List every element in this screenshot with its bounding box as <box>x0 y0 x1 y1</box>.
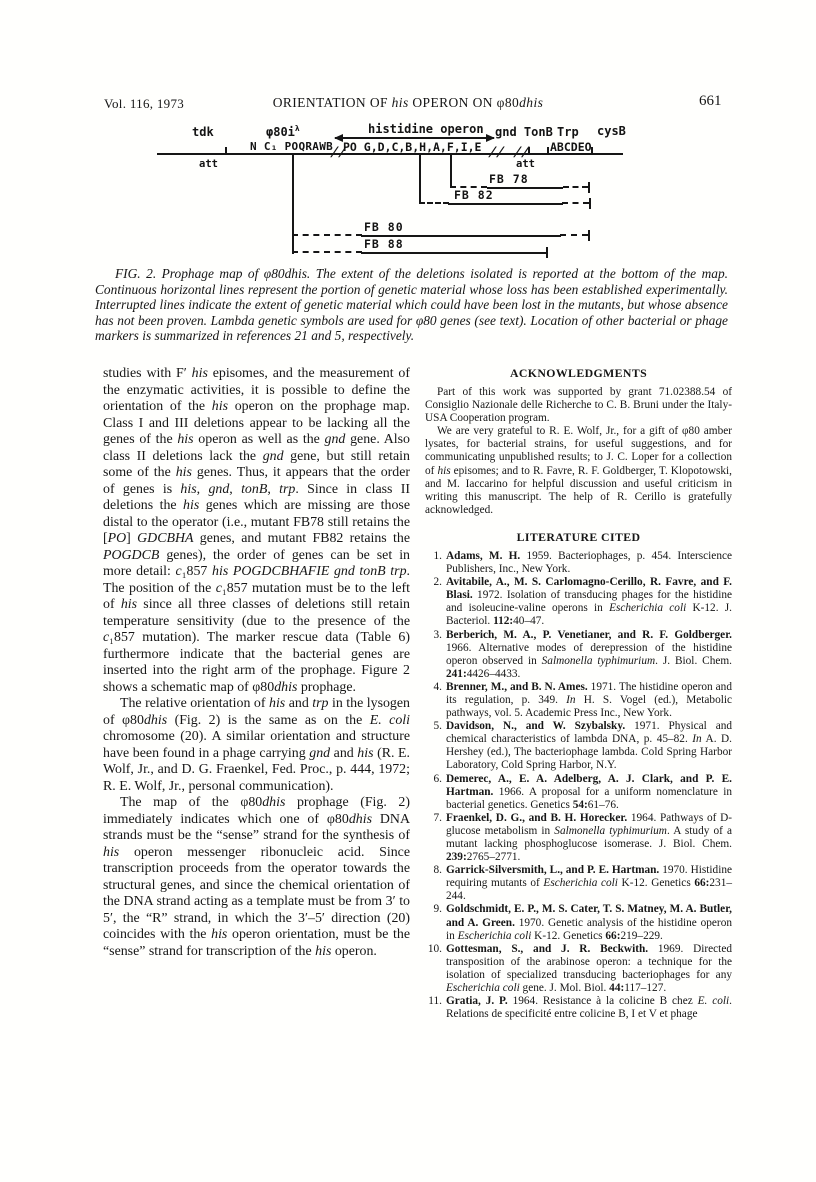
fb78-dashed-right <box>563 186 588 188</box>
literature-cited-heading: LITERATURE CITED <box>425 530 732 545</box>
body-paragraph: studies with F′ his episomes, and the me… <box>103 366 410 696</box>
cysb-label: cysB <box>597 124 626 138</box>
reference-item: 5.Davidson, N., and W. Szybalsky. 1971. … <box>425 720 732 772</box>
reference-number: 1. <box>425 550 442 563</box>
att-right-label: att <box>516 158 535 170</box>
acknowledgments-paragraph: We are very grateful to R. E. Wolf, Jr.,… <box>425 425 732 517</box>
reference-item: 7.Fraenkel, D. G., and B. H. Horecker. 1… <box>425 812 732 864</box>
reference-text: Gottesman, S., and J. R. Beckwith. 1969.… <box>446 943 732 994</box>
fb78-solid <box>487 187 563 189</box>
fb80-end-tick <box>588 230 590 241</box>
body-paragraph: The map of the φ80dhis prophage (Fig. 2)… <box>103 795 410 960</box>
reference-number: 5. <box>425 720 442 733</box>
trp-label: Trp <box>557 125 579 139</box>
reference-item: 1.Adams, M. H. 1959. Bacteriophages, p. … <box>425 550 732 576</box>
reference-text: Avitabile, A., M. S. Carlomagno-Cerillo,… <box>446 576 732 627</box>
reference-text: Berberich, M. A., P. Venetianer, and R. … <box>446 629 732 680</box>
running-head-title: ORIENTATION OF his OPERON ON φ80dhis <box>0 95 816 111</box>
trp-left-tick <box>547 147 549 154</box>
reference-text: Goldschmidt, E. P., M. S. Cater, T. S. M… <box>446 903 732 941</box>
att-left-tick <box>225 147 227 154</box>
reference-item: 6.Demerec, A., E. A. Adelberg, A. J. Cla… <box>425 773 732 812</box>
att-left-label: att <box>199 158 218 170</box>
figure-prophage-map: tdk φ80iλ histidine operon gnd TonB Trp … <box>0 120 816 270</box>
reference-number: 11. <box>425 995 442 1008</box>
journal-page: Vol. 116, 1973 ORIENTATION OF his OPERON… <box>0 0 816 1182</box>
fb88-dashed-left <box>292 251 362 253</box>
acknowledgments-paragraph: Part of this work was supported by grant… <box>425 386 732 425</box>
reference-item: 2.Avitabile, A., M. S. Carlomagno-Cerill… <box>425 576 732 628</box>
fb88-end-tick <box>546 247 548 258</box>
reference-text: Brenner, M., and B. N. Ames. 1971. The h… <box>446 681 732 719</box>
reference-text: Davidson, N., and W. Szybalsky. 1971. Ph… <box>446 720 732 771</box>
gnd-tonb-label: gnd TonB <box>495 125 553 139</box>
reference-text: Demerec, A., E. A. Adelberg, A. J. Clark… <box>446 773 732 811</box>
fb80-fb88-bracket <box>292 154 294 254</box>
fb78-bracket <box>450 154 452 188</box>
reference-number: 8. <box>425 864 442 877</box>
reference-number: 2. <box>425 576 442 589</box>
trp-operon-genes: ABCDEO <box>550 140 592 154</box>
reference-text: Adams, M. H. 1959. Bacteriophages, p. 45… <box>446 550 732 575</box>
reference-item: 10.Gottesman, S., and J. R. Beckwith. 19… <box>425 943 732 995</box>
reference-number: 6. <box>425 773 442 786</box>
reference-list: 1.Adams, M. H. 1959. Bacteriophages, p. … <box>425 550 732 1021</box>
reference-text: Garrick-Silversmith, L., and P. E. Hartm… <box>446 864 732 902</box>
reference-number: 9. <box>425 903 442 916</box>
page-number: 661 <box>699 93 722 110</box>
acknowledgments-heading: ACKNOWLEDGMENTS <box>425 366 732 381</box>
acknowledgments-section: Part of this work was supported by grant… <box>425 386 732 517</box>
fb82-label: FB 82 <box>454 188 494 202</box>
reference-number: 10. <box>425 943 442 956</box>
operon-extent-arrow <box>335 137 494 139</box>
figure-caption: FIG. 2. Prophage map of φ80dhis. The ext… <box>95 266 728 344</box>
right-column: ACKNOWLEDGMENTS Part of this work was su… <box>425 366 732 1021</box>
phage-left-arm-genes: N C₁ POQRAWB <box>250 140 333 153</box>
fb82-bracket <box>419 154 421 204</box>
body-paragraph: The relative orientation of his and trp … <box>103 696 410 795</box>
reference-item: 3.Berberich, M. A., P. Venetianer, and R… <box>425 629 732 681</box>
fb82-solid <box>448 203 563 205</box>
fb88-solid <box>361 252 548 254</box>
fb80-label: FB 80 <box>364 220 404 234</box>
fb88-label: FB 88 <box>364 237 404 251</box>
fb80-dashed-left <box>292 234 362 236</box>
genome-break-icon: ∕∕ <box>488 145 506 160</box>
fb82-dashed-left <box>419 202 449 204</box>
reference-item: 11.Gratia, J. P. 1964. Resistance à la c… <box>425 995 732 1021</box>
left-column: studies with F′ his episomes, and the me… <box>103 366 410 1021</box>
fb82-end-tick <box>589 198 591 209</box>
fb80-dashed-right <box>560 234 588 236</box>
fb82-dashed-right <box>562 202 589 204</box>
reference-number: 7. <box>425 812 442 825</box>
reference-item: 4.Brenner, M., and B. N. Ames. 1971. The… <box>425 681 732 720</box>
reference-number: 3. <box>425 629 442 642</box>
reference-number: 4. <box>425 681 442 694</box>
phage-phi80-label: φ80iλ <box>266 124 300 139</box>
fb78-end-tick <box>588 182 590 193</box>
tdk-label: tdk <box>192 125 214 139</box>
reference-item: 9.Goldschmidt, E. P., M. S. Cater, T. S.… <box>425 903 732 942</box>
histidine-operon-label: histidine operon <box>368 122 484 136</box>
fb78-label: FB 78 <box>489 172 529 186</box>
reference-text: Fraenkel, D. G., and B. H. Horecker. 196… <box>446 812 732 863</box>
body-columns: studies with F′ his episomes, and the me… <box>103 366 732 1021</box>
reference-text: Gratia, J. P. 1964. Resistance à la coli… <box>446 995 732 1020</box>
his-operon-genes: PO G,D,C,B,H,A,F,I,E <box>343 140 481 154</box>
reference-item: 8.Garrick-Silversmith, L., and P. E. Har… <box>425 864 732 903</box>
